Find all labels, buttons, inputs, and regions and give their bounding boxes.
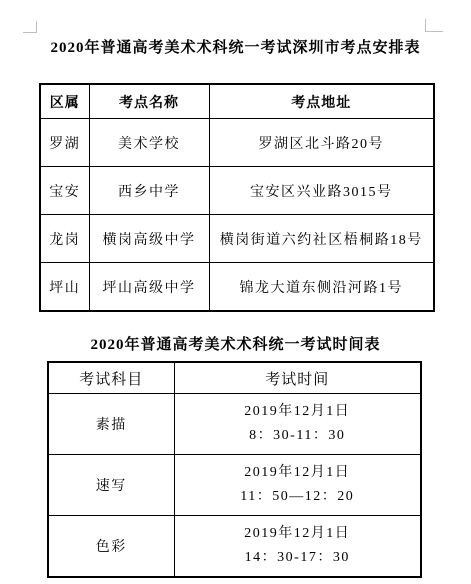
table-row: 坪山 坪山高级中学 锦龙大道东侧沿河路1号 [40, 263, 434, 312]
venue-name-cell: 坪山高级中学 [89, 263, 209, 312]
table-row: 龙岗 横岗高级中学 横岗街道六约社区梧桐路18号 [40, 215, 434, 263]
time-cell: 2019年12月1日 11：50—12：20 [174, 455, 421, 516]
venue-table-header-row: 区属 考点名称 考点地址 [40, 84, 434, 119]
schedule-table-title: 2020年普通高考美术术科统一考试时间表 [0, 333, 471, 354]
text-boundary-corner-icon [23, 21, 37, 33]
time-cell: 2019年12月1日 8：30-11：30 [174, 394, 421, 455]
exam-date: 2019年12月1日 [176, 466, 420, 480]
exam-date: 2019年12月1日 [176, 405, 420, 419]
venue-header-address: 考点地址 [209, 84, 434, 119]
exam-date: 2019年12月1日 [176, 527, 420, 541]
schedule-table-header-row: 考试科目 考试时间 [48, 362, 421, 394]
exam-schedule-table: 考试科目 考试时间 素描 2019年12月1日 8：30-11：30 速写 20… [47, 361, 422, 578]
district-cell: 坪山 [40, 263, 89, 312]
subject-cell: 速写 [48, 455, 174, 516]
table-row: 速写 2019年12月1日 11：50—12：20 [48, 455, 421, 516]
document-page: 2020年普通高考美术术科统一考试深圳市考点安排表 区属 考点名称 考点地址 罗… [0, 0, 471, 584]
venue-table-title: 2020年普通高考美术术科统一考试深圳市考点安排表 [0, 36, 471, 57]
text-boundary-corner-icon [425, 19, 443, 32]
exam-time-range: 8：30-11：30 [176, 429, 420, 443]
venue-name-cell: 西乡中学 [89, 167, 209, 215]
venue-header-name: 考点名称 [89, 84, 209, 119]
schedule-header-subject: 考试科目 [48, 362, 174, 394]
table-row: 素描 2019年12月1日 8：30-11：30 [48, 394, 421, 455]
time-cell-content: 2019年12月1日 11：50—12：20 [176, 456, 420, 514]
schedule-header-time: 考试时间 [174, 362, 421, 394]
address-cell: 锦龙大道东侧沿河路1号 [209, 263, 434, 312]
exam-venue-table: 区属 考点名称 考点地址 罗湖 美术学校 罗湖区北斗路20号 宝安 西乡中学 宝… [39, 83, 435, 312]
district-cell: 罗湖 [40, 119, 89, 167]
address-cell: 宝安区兴业路3015号 [209, 167, 434, 215]
venue-name-cell: 横岗高级中学 [89, 215, 209, 263]
time-cell: 2019年12月1日 14：30-17：30 [174, 516, 421, 578]
time-cell-content: 2019年12月1日 14：30-17：30 [176, 517, 420, 575]
address-cell: 罗湖区北斗路20号 [209, 119, 434, 167]
venue-name-cell: 美术学校 [89, 119, 209, 167]
table-row: 罗湖 美术学校 罗湖区北斗路20号 [40, 119, 434, 167]
district-cell: 宝安 [40, 167, 89, 215]
table-row: 宝安 西乡中学 宝安区兴业路3015号 [40, 167, 434, 215]
address-cell: 横岗街道六约社区梧桐路18号 [209, 215, 434, 263]
subject-cell: 素描 [48, 394, 174, 455]
time-cell-content: 2019年12月1日 8：30-11：30 [176, 395, 420, 453]
table-row: 色彩 2019年12月1日 14：30-17：30 [48, 516, 421, 578]
venue-header-district: 区属 [40, 84, 89, 119]
exam-time-range: 14：30-17：30 [176, 551, 420, 565]
subject-cell: 色彩 [48, 516, 174, 578]
exam-time-range: 11：50—12：20 [176, 490, 420, 504]
district-cell: 龙岗 [40, 215, 89, 263]
